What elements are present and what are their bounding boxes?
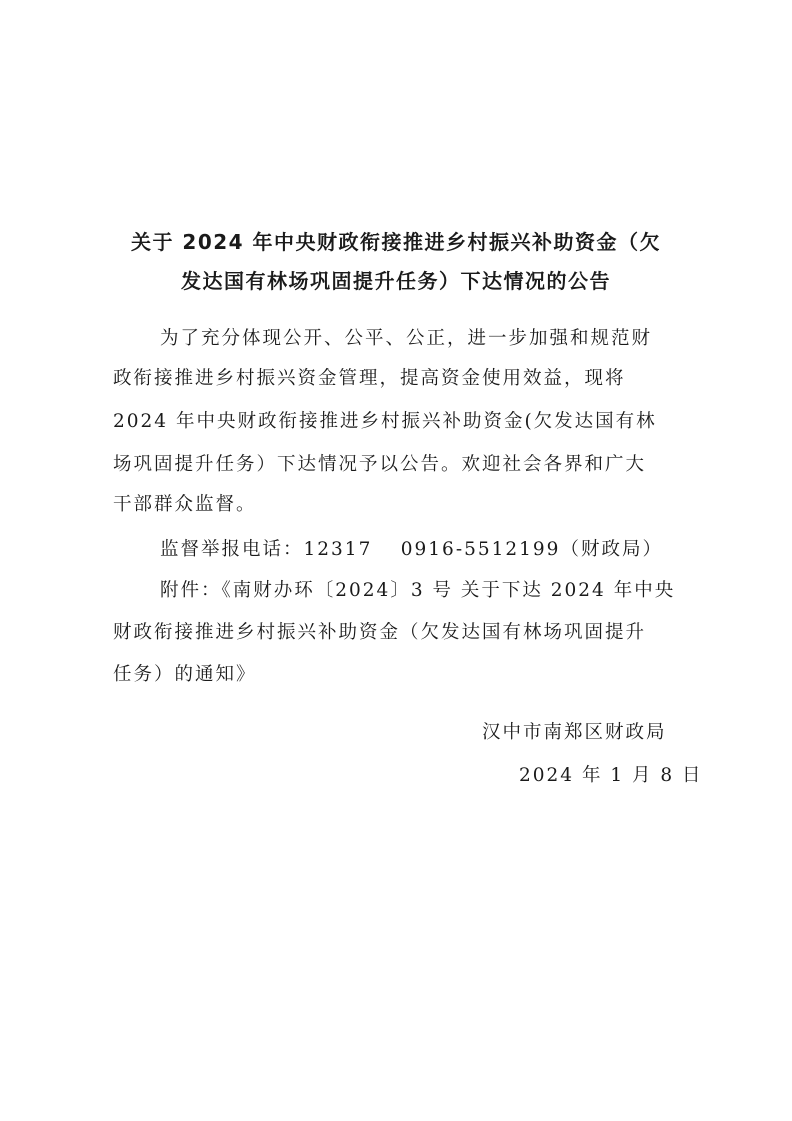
body-line-2: 政衔接推进乡村振兴资金管理，提高资金使用效益，现将 bbox=[113, 364, 626, 390]
attachment-line-3: 任务）的通知》 bbox=[113, 660, 257, 686]
attachment-line-1: 附件：《南财办环〔2024〕3 号 关于下达 2024 年中央 bbox=[160, 576, 675, 602]
attachment-line-2: 财政衔接推进乡村振兴补助资金（欠发达国有林场巩固提升 bbox=[113, 618, 646, 644]
document-title-line-1: 关于 2024 年中央财政衔接推进乡村振兴补助资金（欠 bbox=[0, 226, 792, 255]
body-line-4: 场巩固提升任务）下达情况予以公告。欢迎社会各界和广大 bbox=[113, 450, 646, 476]
body-line-1: 为了充分体现公开、公平、公正，进一步加强和规范财 bbox=[160, 324, 652, 350]
issue-date: 2024 年 1 月 8 日 bbox=[519, 761, 703, 787]
document-title-line-2: 发达国有林场巩固提升任务）下达情况的公告 bbox=[0, 265, 792, 294]
body-line-3: 2024 年中央财政衔接推进乡村振兴补助资金(欠发达国有林 bbox=[113, 407, 657, 433]
issuer-name: 汉中市南郑区财政局 bbox=[482, 718, 667, 744]
hotline-text: 监督举报电话：12317 0916-5512199（财政局） bbox=[160, 535, 663, 561]
body-line-5: 干部群众监督。 bbox=[113, 490, 257, 516]
